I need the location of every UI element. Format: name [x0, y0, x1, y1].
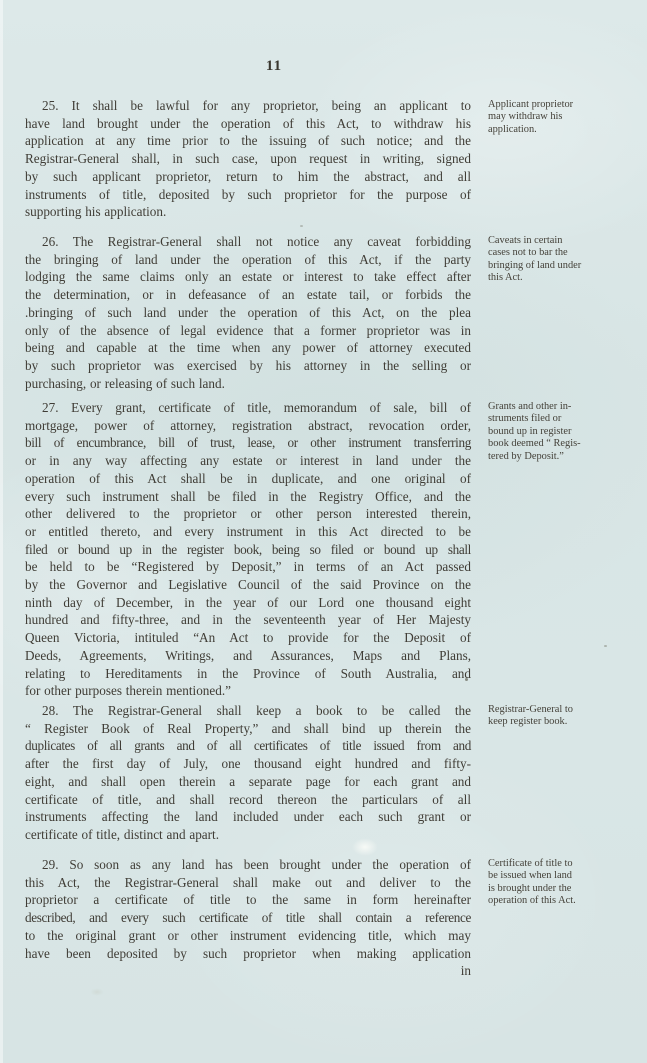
text-line: duplicates of all grants and of all cert… [25, 737, 471, 755]
paper-speck [300, 225, 303, 227]
text-line: the determination, or in defeasance of a… [25, 286, 471, 304]
margin-note-line: tered by Deposit.” [488, 451, 640, 463]
text-line: bill of encumbrance, bill of trust, leas… [25, 434, 471, 452]
text-line: be held to be “Registered by Deposit,” i… [25, 558, 471, 576]
text-line: ninth day of December, in the year of ou… [25, 594, 471, 612]
margin-note: Applicant proprietormay withdraw hisappl… [488, 99, 640, 136]
text-line: described, and every such certificate of… [25, 909, 471, 927]
margin-note-line: is brought under the [488, 883, 640, 895]
section-body-text: 28. The Registrar-General shall keep a b… [25, 702, 471, 844]
text-line: every such instrument shall be filed in … [25, 488, 471, 506]
text-line: supporting his application. [25, 203, 471, 221]
text-line: only of the absence of legal evidence th… [25, 322, 471, 340]
text-line: after the first day of July, one thousan… [25, 755, 471, 773]
text-line: Deeds, Agreements, Writings, and Assuran… [25, 647, 471, 665]
paper-spot [352, 838, 378, 856]
margin-note: Grants and other in-struments filed orbo… [488, 401, 640, 463]
section-body-text: 26. The Registrar-General shall not noti… [25, 233, 471, 392]
margin-note-line: may withdraw his [488, 111, 640, 123]
text-line: purchasing, or releasing of such land. [25, 375, 471, 393]
margin-note-line: bringing of land under [488, 260, 640, 272]
text-line: mortgage, power of attorney, registratio… [25, 417, 471, 435]
text-line: have land brought under the operation of… [25, 115, 471, 133]
margin-note-line: Certificate of title to [488, 858, 640, 870]
margin-note-line: Caveats in certain [488, 235, 640, 247]
text-line: or entitled thereto, and every instrumen… [25, 523, 471, 541]
text-line: or in any way affecting any estate or in… [25, 452, 471, 470]
text-line: by such applicant proprietor, return to … [25, 168, 471, 186]
text-line: hundred and fifty-three, and in the seve… [25, 611, 471, 629]
margin-note: Registrar-General tokeep register book. [488, 704, 640, 729]
text-line: 25. It shall be lawful for any proprieto… [25, 97, 471, 115]
text-line: 27. Every grant, certificate of title, m… [25, 399, 471, 417]
margin-note-line: cases not to bar the [488, 247, 640, 259]
margin-note-line: Grants and other in- [488, 401, 640, 413]
text-line: instruments of title, deposited by such … [25, 186, 471, 204]
margin-note-line: Registrar-General to [488, 704, 640, 716]
page-number: 11 [254, 58, 294, 75]
margin-note-line: this Act. [488, 272, 640, 284]
text-line: for other purposes therein mentioned.” [25, 682, 471, 700]
margin-note-line: book deemed “ Regis- [488, 438, 640, 450]
margin-note-line: keep register book. [488, 716, 640, 728]
catchword: in [25, 962, 471, 980]
text-line: other delivered to the proprietor or oth… [25, 505, 471, 523]
text-line: 28. The Registrar-General shall keep a b… [25, 702, 471, 720]
margin-note-line: operation of this Act. [488, 895, 640, 907]
margin-note-line: Applicant proprietor [488, 99, 640, 111]
section-body-text: 27. Every grant, certificate of title, m… [25, 399, 471, 700]
text-line: .bringing of such land under the operati… [25, 304, 471, 322]
text-line: operation of this Act shall be in duplic… [25, 470, 471, 488]
text-line: 26. The Registrar-General shall not noti… [25, 233, 471, 251]
margin-note: Caveats in certaincases not to bar thebr… [488, 235, 640, 285]
text-line: eight, and shall open therein a separate… [25, 773, 471, 791]
text-line: 29. So soon as any land has been brought… [25, 856, 471, 874]
margin-note-line: bound up in register [488, 426, 640, 438]
paper-speck [604, 645, 607, 647]
text-line: the bringing of land under the operation… [25, 251, 471, 269]
text-line: by such proprietor was exercised by his … [25, 357, 471, 375]
text-line: by the Governor and Legislative Council … [25, 576, 471, 594]
text-line: Registrar-General shall, in such case, u… [25, 150, 471, 168]
scan-edge-highlight [0, 0, 3, 1063]
text-line: certificate of title, and shall record t… [25, 791, 471, 809]
margin-note-line: be issued when land [488, 870, 640, 882]
text-line: relating to Hereditaments in the Provinc… [25, 665, 471, 683]
paper-smudge [90, 988, 104, 996]
text-line: filed or bound up in the register book, … [25, 541, 471, 559]
text-line: certificate of title, distinct and apart… [25, 826, 471, 844]
text-line: lodging the same claims only an estate o… [25, 268, 471, 286]
text-line: application at any time prior to the iss… [25, 132, 471, 150]
margin-note-line: struments filed or [488, 413, 640, 425]
text-line: to the original grant or other instrumen… [25, 927, 471, 945]
section-body-text: 29. So soon as any land has been brought… [25, 856, 471, 980]
text-line: proprietor a certificate of title to the… [25, 891, 471, 909]
text-line: this Act, the Registrar-General shall ma… [25, 874, 471, 892]
text-line: instruments affecting the land included … [25, 808, 471, 826]
margin-note: Certificate of title tobe issued when la… [488, 858, 640, 908]
text-line: Queen Victoria, intituled “An Act to pro… [25, 629, 471, 647]
text-line: “ Register Book of Real Property,” and s… [25, 720, 471, 738]
document-page: 11 25. It shall be lawful for any propri… [0, 0, 647, 1063]
section-body-text: 25. It shall be lawful for any proprieto… [25, 97, 471, 221]
paper-speck [465, 678, 468, 681]
text-line: being and capable at the time when any p… [25, 339, 471, 357]
text-line: have been deposited by such proprietor w… [25, 945, 471, 963]
margin-note-line: application. [488, 124, 640, 136]
